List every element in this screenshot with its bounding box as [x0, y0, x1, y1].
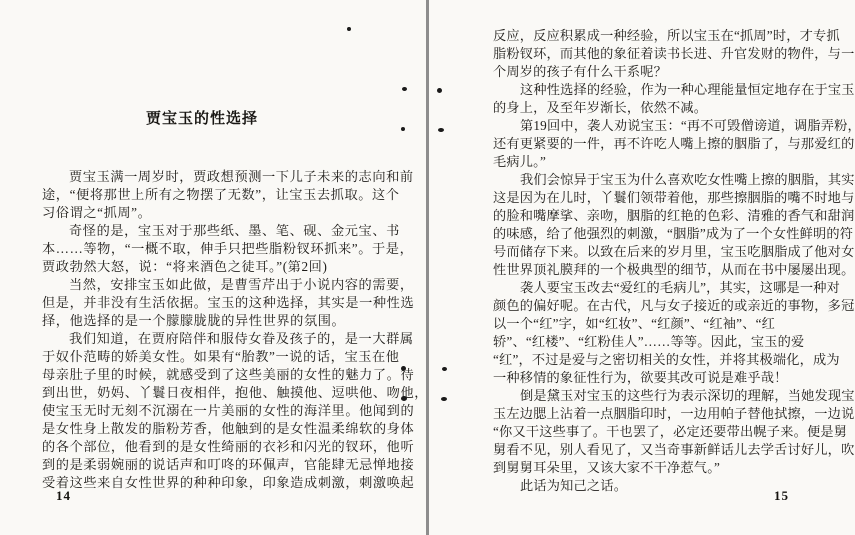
left-page-number: 14 — [56, 488, 71, 504]
scan-speck — [402, 87, 407, 91]
text-line: 的脸和嘴摩挲、亲吻，胭脂的红艳的色彩、清雅的香气和甜润 — [493, 207, 845, 225]
scan-speck — [401, 396, 407, 401]
text-line: 奇怪的是，宝玉对于那些纸、墨、笔、砚、金元宝、书 — [42, 222, 410, 240]
scan-speck — [347, 27, 351, 31]
text-line: 一种移情的象征性行为，欲要其改可说是难乎哉！ — [493, 369, 845, 387]
text-line: 的身上，及至年岁渐长，依然不减。 — [493, 99, 845, 117]
text-line: 舅看不见，别人看见了，又当奇事新鲜话儿去学舌讨好儿，吹 — [493, 441, 845, 459]
text-line: 到的是柔弱婉丽的说话声和叮咚的环佩声，官能肆无忌惮地接 — [42, 456, 410, 474]
scan-speck — [442, 367, 447, 371]
text-line: 使宝玉无时无刻不沉溺在一片美丽的女性的海洋里。他闻到的 — [42, 402, 410, 420]
text-line: 于奴仆范畴的娇美女性。如果有“胎教”一说的话，宝玉在他 — [42, 348, 410, 366]
left-page-text: 贾宝玉满一周岁时，贾政想预测一下儿子未来的志向和前途，“便将那世上所有之物摆了无… — [42, 168, 410, 492]
text-line: 脂粉钗环，而其他的象征着读书长进、升官发财的物件，与一 — [493, 45, 845, 63]
scan-speck — [401, 366, 406, 371]
text-line: 袭人要宝玉改去“爱红的毛病儿”，其实，这哪是一种对 — [493, 279, 845, 297]
text-line: 性世界顶礼膜拜的一个极典型的细节，从而在书中屡屡出现。 — [493, 261, 845, 279]
right-page-text: 反应，反应积累成一种经验，所以宝玉在“抓周”时，才专抓脂粉钗环，而其他的象征着读… — [493, 27, 845, 495]
text-line: 到舅舅耳朵里，又该大家不干净惹气。” — [493, 459, 845, 477]
scan-speck — [437, 88, 442, 93]
text-line: 倒是黛玉对宝玉的这些行为表示深切的理解，当她发现宝 — [493, 387, 845, 405]
chapter-title: 贾宝玉的性选择 — [42, 107, 362, 128]
text-line: 是女性身上散发的脂粉芳香，他触到的是女性温柔绵软的身体 — [42, 420, 410, 438]
text-line: 这是因为在儿时，丫鬟们领带着他，那些擦胭脂的嘴不时地与他 — [493, 189, 845, 207]
text-line: 当然，安排宝玉如此做，是曹雪芹出于小说内容的需要， — [42, 276, 410, 294]
scan-speck — [401, 127, 405, 131]
text-line: 轿”、“红楼”、“红粉佳人”……等等。因此，宝玉的爱 — [493, 333, 845, 351]
text-line: 个周岁的孩子有什么干系呢？ — [493, 63, 845, 81]
text-line: 择，他选择的是一个朦朦胧胧的异性世界的氛围。 — [42, 312, 410, 330]
text-line: 还有更紧要的一件，再不许吃人嘴上擦的胭脂了，与那爱红的 — [493, 135, 845, 153]
text-line: 我们知道，在贾府陪伴和服侍女眷及孩子的，是一大群属 — [42, 330, 410, 348]
text-line: 玉左边腮上沾着一点胭脂印时，一边用帕子替他拭擦，一边说： — [493, 405, 845, 423]
text-line: 颜色的偏好呢。在古代，凡与女子接近的或亲近的事物，多冠 — [493, 297, 845, 315]
text-line: 母亲肚子里的时候，就感受到了这些美丽的女性的魅力了。待 — [42, 366, 410, 384]
text-line: 途，“便将那世上所有之物摆了无数”，让宝玉去抓取。这个 — [42, 186, 410, 204]
text-line: 我们会惊异于宝玉为什么喜欢吃女性嘴上擦的胭脂，其实， — [493, 171, 845, 189]
text-line: 但是，并非没有生活依据。宝玉的这种选择，其实是一种性选 — [42, 294, 410, 312]
text-line: 贾宝玉满一周岁时，贾政想预测一下儿子未来的志向和前 — [42, 168, 410, 186]
text-line: 习俗谓之“抓周”。 — [42, 204, 410, 222]
right-page-number: 15 — [774, 488, 789, 504]
page-gutter-line — [426, 0, 429, 535]
text-line: 的味感，给了他强烈的刺激，“胭脂”成为了一个女性鲜明的符 — [493, 225, 845, 243]
text-line: “红”，不过是爱与之密切相关的女性，并将其极端化，成为 — [493, 351, 845, 369]
text-line: 本……等物，“一概不取，伸手只把些脂粉钗环抓来”。于是， — [42, 240, 410, 258]
text-line: 以一个“红”字，如“红妆”、“红颜”、“红袖”、“红 — [493, 315, 845, 333]
text-line: 号而储存下来。以致在后来的岁月里，宝玉吃胭脂成了他对女 — [493, 243, 845, 261]
scan-speck — [438, 128, 444, 132]
text-line: 此话为知己之话。 — [493, 477, 845, 495]
text-line: “你又干这些事了。干也罢了，必定还要带出幌子来。便是舅 — [493, 423, 845, 441]
scan-speck — [441, 397, 447, 401]
text-line: 第19回中，袭人劝说宝玉：“再不可毁僧谤道，调脂弄粉， — [493, 117, 845, 135]
text-line: 这种性选择的经验，作为一种心理能量恒定地存在于宝玉 — [493, 81, 845, 99]
text-line: 贾政勃然大怒，说：“将来酒色之徒耳。”(第2回) — [42, 258, 410, 276]
text-line: 到出世，奶妈、丫鬟日夜相伴，抱他、触摸他、逗哄他、吻他， — [42, 384, 410, 402]
text-line: 反应，反应积累成一种经验，所以宝玉在“抓周”时，才专抓 — [493, 27, 845, 45]
text-line: 受着这些来自女性世界的种种印象，印象造成刺激，刺激唤起 — [42, 474, 410, 492]
book-scan: 贾宝玉的性选择 贾宝玉满一周岁时，贾政想预测一下儿子未来的志向和前途，“便将那世… — [0, 0, 855, 535]
text-line: 毛病儿。” — [493, 153, 845, 171]
text-line: 的各个部位，他看到的是女性绮丽的衣衫和闪光的钗环，他听 — [42, 438, 410, 456]
